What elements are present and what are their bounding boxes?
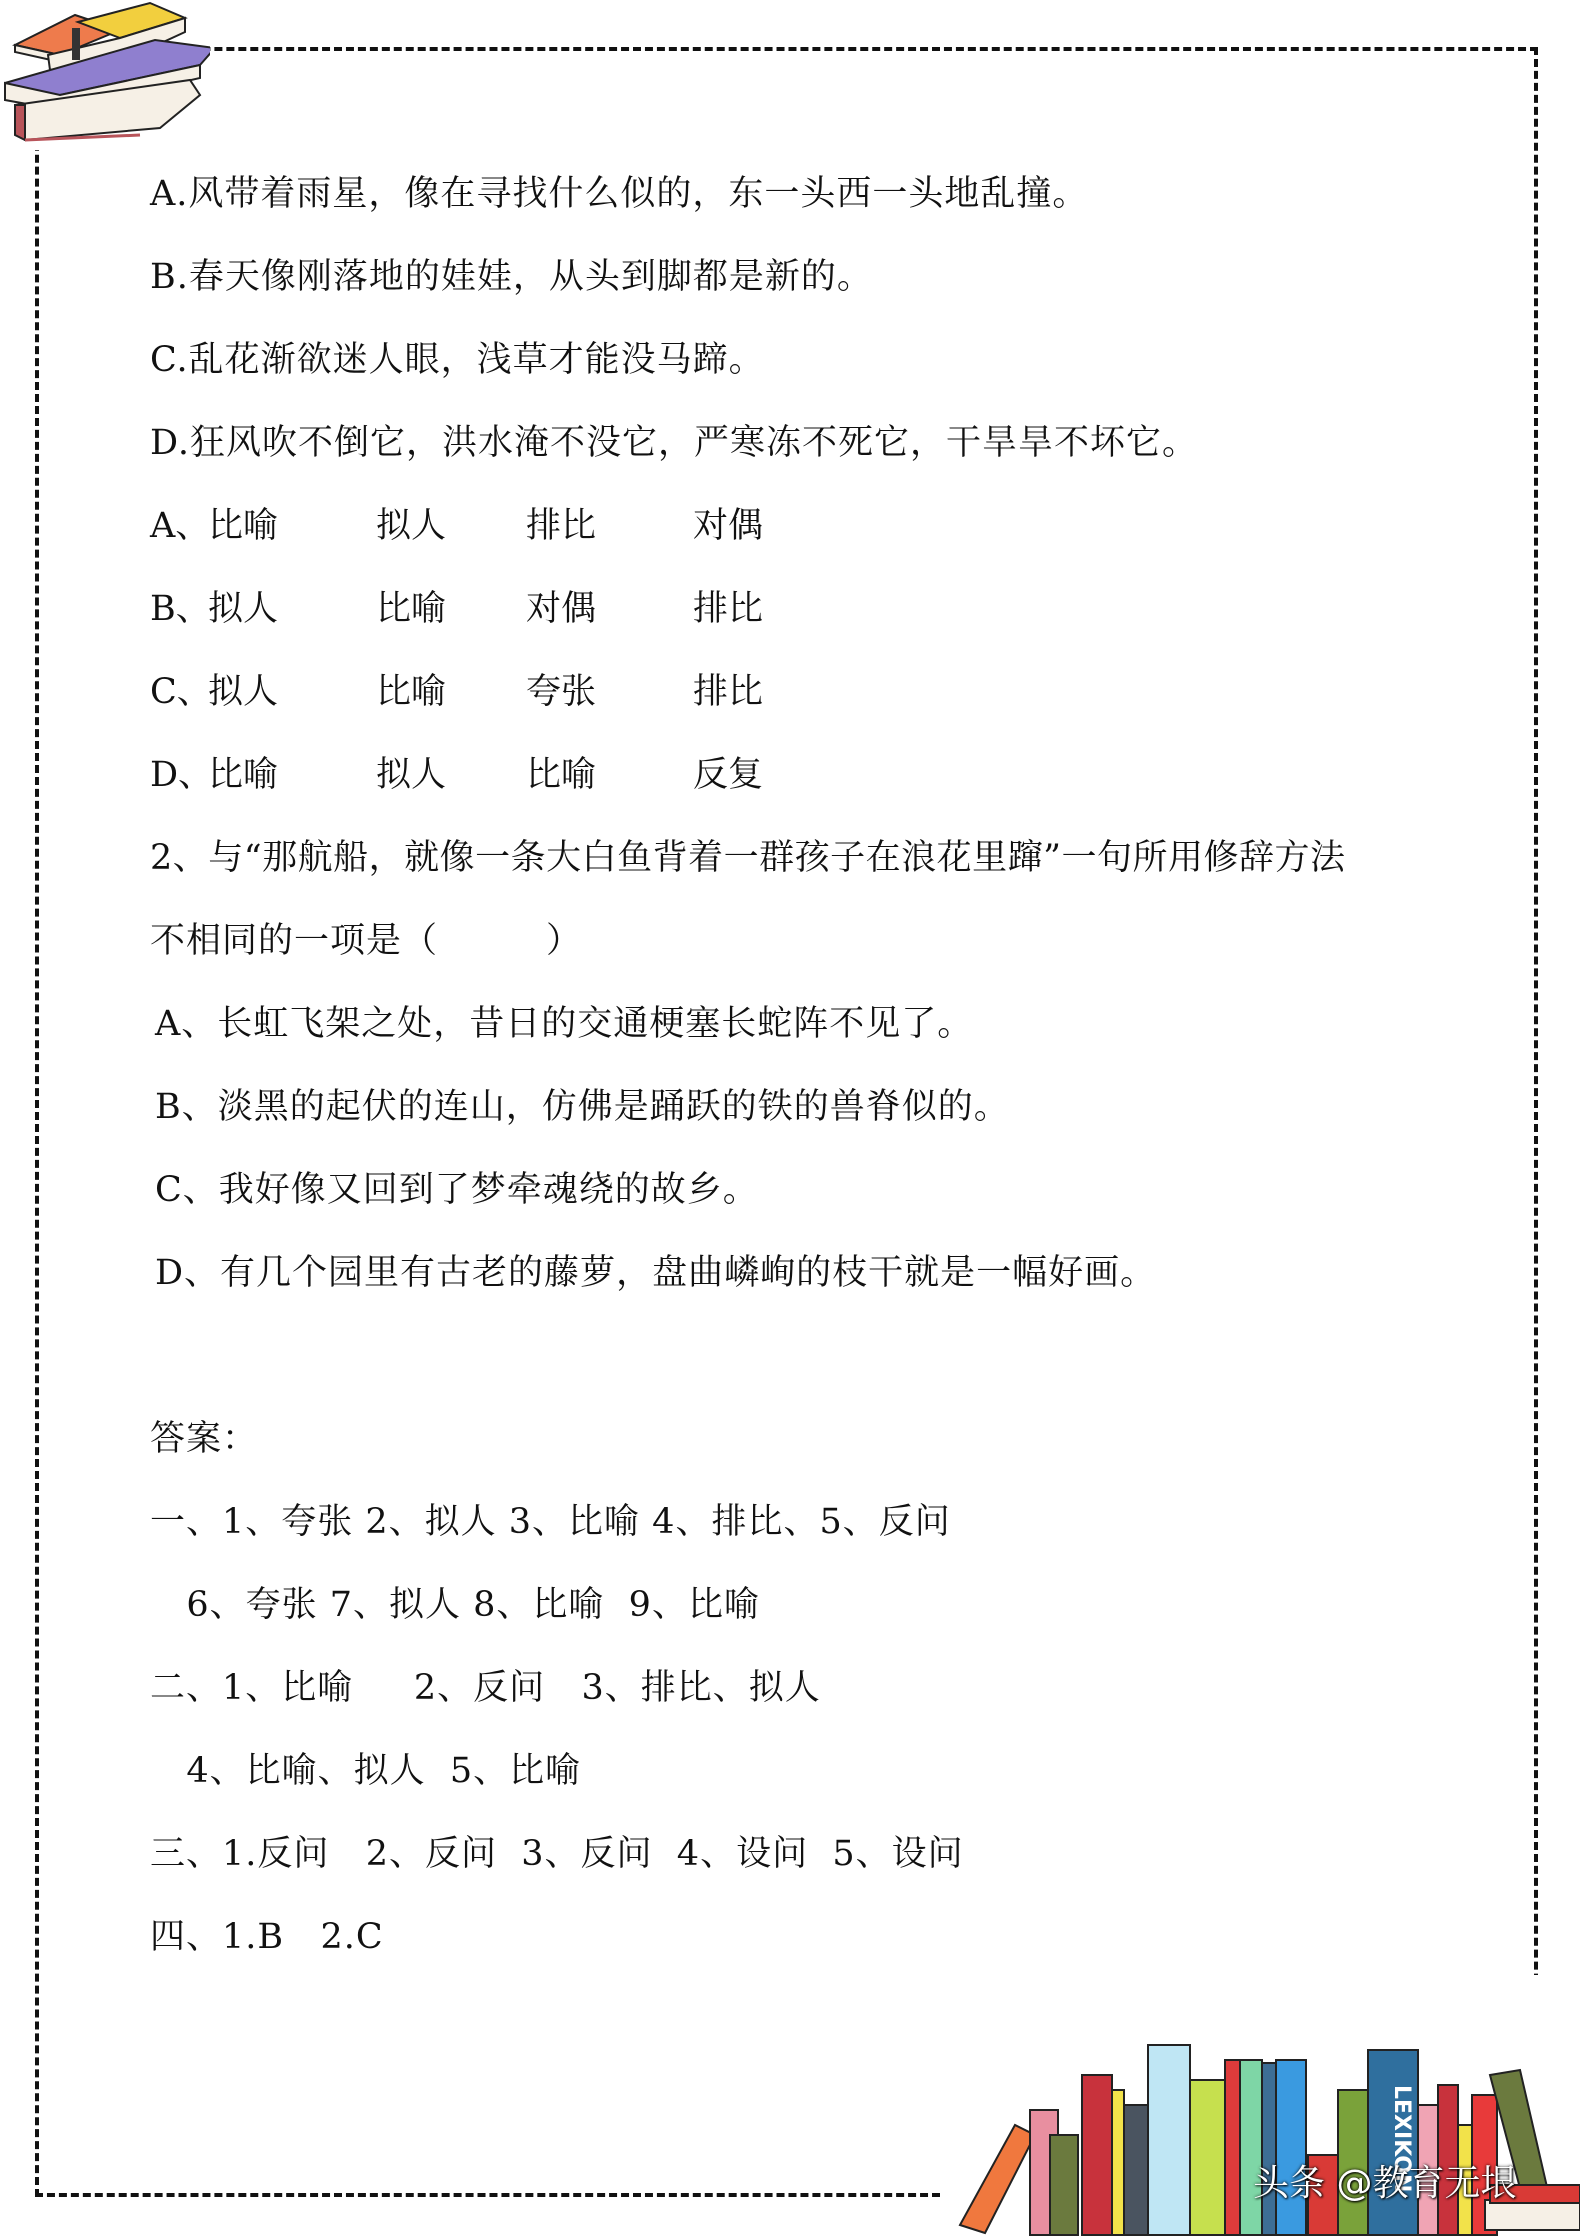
option-item: 比喻	[208, 753, 278, 797]
answers-line: 6、夸张 7、拟人 8、比喻 9、比喻	[150, 1583, 760, 1627]
q2-choice-d: D、有几个园里有古老的藤萝，盘曲嶙峋的枝干就是一幅好画。	[155, 1251, 1156, 1295]
option-item: 排比	[693, 670, 763, 714]
option-item: 拟人	[208, 670, 278, 714]
option-item: 夸张	[526, 670, 596, 714]
answers-line: 四、1.B 2.C	[150, 1915, 384, 1959]
watermark-text: 头条 @教育无垠	[1253, 2155, 1516, 2206]
option-item: 拟人	[208, 587, 278, 631]
answers-line: 4、比喻、拟人 5、比喻	[150, 1749, 581, 1793]
answers-title: 答案：	[150, 1417, 258, 1461]
option-item: 对偶	[526, 587, 596, 631]
option-label: C、	[150, 670, 212, 714]
answers-line: 三、1.反问 2、反问 3、反问 4、设问 5、设问	[150, 1832, 964, 1876]
answers-line: 二、1、比喻 2、反问 3、排比、拟人	[150, 1666, 821, 1710]
option-label: D、	[150, 753, 213, 797]
q2-choice-b: B、淡黑的起伏的连山，仿佛是踊跃的铁的兽脊似的。	[155, 1085, 1010, 1129]
option-item: 拟人	[376, 504, 446, 548]
q2-choice-a: A、长虹飞架之处，昔日的交通梗塞长蛇阵不见了。	[155, 1002, 973, 1046]
q1-sentence-c: C.乱花渐欲迷人眼，浅草才能没马蹄。	[150, 338, 765, 382]
option-label: A、	[150, 504, 210, 548]
option-item: 拟人	[376, 753, 446, 797]
option-item: 排比	[693, 587, 763, 631]
option-item: 比喻	[376, 587, 446, 631]
q2-stem-line1: 2、与“那航船，就像一条大白鱼背着一群孩子在浪花里蹿”一句所用修辞方法	[150, 836, 1346, 880]
q2-stem-line2: 不相同的一项是（ ）	[150, 919, 582, 963]
option-label: B、	[150, 587, 211, 631]
option-item: 对偶	[693, 504, 763, 548]
q1-sentence-d: D.狂风吹不倒它，洪水淹不没它，严寒冻不死它，干旱旱不坏它。	[150, 421, 1198, 465]
q1-sentence-a: A.风带着雨星，像在寻找什么似的，东一头西一头地乱撞。	[150, 172, 1088, 216]
stacked-books-illustration	[0, 0, 210, 150]
option-item: 排比	[526, 504, 596, 548]
q1-sentence-b: B.春天像刚落地的娃娃，从头到脚都是新的。	[150, 255, 873, 299]
q2-choice-c: C、我好像又回到了梦牵魂绕的故乡。	[155, 1168, 759, 1212]
answers-line: 一、1、夸张 2、拟人 3、比喻 4、排比、5、反问	[150, 1500, 951, 1544]
option-item: 比喻	[526, 753, 596, 797]
option-item: 比喻	[208, 504, 278, 548]
option-item: 反复	[693, 753, 763, 797]
option-item: 比喻	[376, 670, 446, 714]
